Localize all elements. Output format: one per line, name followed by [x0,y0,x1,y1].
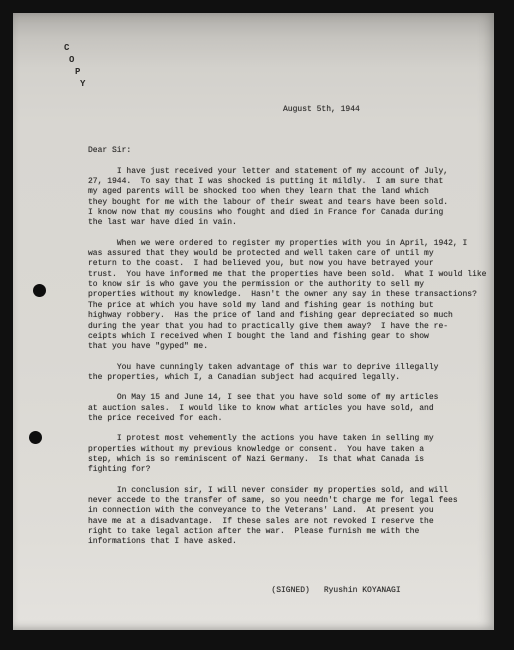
letter-paragraph: You have cunningly taken advantage of th… [88,363,488,384]
letter-paragraph: I protest most vehemently the actions yo… [88,434,488,475]
letter-paragraph: I have just received your letter and sta… [88,167,488,229]
copy-stamp-letter: Y [80,79,85,89]
letter-paragraph: On May 15 and June 14, I see that you ha… [88,393,488,424]
copy-stamp-letter: P [75,67,80,77]
letter-paragraph: When we were ordered to register my prop… [88,239,488,353]
signature-name: Ryushin KOYANAGI [324,586,401,595]
signed-label: (SIGNED) [271,586,309,595]
letter-body: August 5th, 1944 Dear Sir: I have just r… [88,105,488,607]
letter-date: August 5th, 1944 [283,105,488,115]
hole-punch-top [33,284,46,297]
signature-line: (SIGNED)Ryushin KOYANAGI [233,576,488,607]
document-scan: C O P Y August 5th, 1944 Dear Sir: I hav… [0,0,514,650]
letter-salutation: Dear Sir: [88,146,488,156]
letter-page: C O P Y August 5th, 1944 Dear Sir: I hav… [13,13,494,630]
letter-paragraph: In conclusion sir, I will never consider… [88,486,488,548]
copy-stamp-letter: C [64,43,69,53]
copy-stamp-letter: O [69,55,74,65]
hole-punch-bottom [29,431,42,444]
